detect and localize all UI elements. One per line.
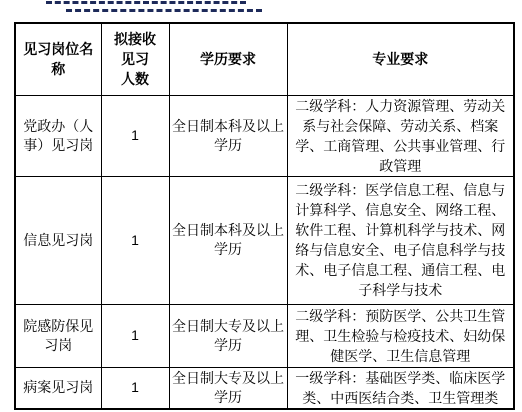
col-header-position: 见习岗位名称 [15, 23, 101, 95]
cell-education: 全日制大专及以上学历 [169, 367, 287, 409]
cell-count: 1 [101, 304, 169, 367]
cell-count: 1 [101, 176, 169, 304]
col-header-education: 学历要求 [169, 23, 287, 95]
cell-count: 1 [101, 367, 169, 409]
cell-education: 全日制本科及以上学历 [169, 95, 287, 176]
cell-count: 1 [101, 95, 169, 176]
clipped-title-fragments [0, 0, 522, 14]
table-row: 党政办（人事）见习岗 1 全日制本科及以上学历 二级学科：人力资源管理、劳动关系… [15, 95, 514, 176]
cell-major: 一级学科：基础医学类、临床医学类、中西医结合类、卫生管理类 [287, 367, 514, 409]
table-row: 信息见习岗 1 全日制本科及以上学历 二级学科：医学信息工程、信息与计算科学、信… [15, 176, 514, 304]
table-row: 病案见习岗 1 全日制大专及以上学历 一级学科：基础医学类、临床医学类、中西医结… [15, 367, 514, 409]
col-header-count: 拟接收 见习 人数 [101, 23, 169, 95]
page: 见习岗位名称 拟接收 见习 人数 学历要求 专业要求 党政办（人事）见习岗 1 … [0, 0, 522, 412]
cell-position: 党政办（人事）见习岗 [15, 95, 101, 176]
cell-major: 二级学科：预防医学、公共卫生管理、卫生检验与检疫技术、妇幼保健医学、卫生信息管理 [287, 304, 514, 367]
cell-major: 二级学科：人力资源管理、劳动关系与社会保障、劳动关系、档案学、工商管理、公共事业… [287, 95, 514, 176]
header-row: 见习岗位名称 拟接收 见习 人数 学历要求 专业要求 [15, 23, 514, 95]
position-table: 见习岗位名称 拟接收 见习 人数 学历要求 专业要求 党政办（人事）见习岗 1 … [14, 22, 515, 410]
cell-position: 病案见习岗 [15, 367, 101, 409]
cell-major: 二级学科：医学信息工程、信息与计算科学、信息安全、网络工程、软件工程、计算机科学… [287, 176, 514, 304]
cell-position: 信息见习岗 [15, 176, 101, 304]
col-header-major: 专业要求 [287, 23, 514, 95]
clipped-text-fragment [46, 1, 246, 4]
cell-education: 全日制大专及以上学历 [169, 304, 287, 367]
clipped-text-fragment [66, 9, 262, 12]
cell-position: 院感防保见习岗 [15, 304, 101, 367]
table-row: 院感防保见习岗 1 全日制大专及以上学历 二级学科：预防医学、公共卫生管理、卫生… [15, 304, 514, 367]
cell-education: 全日制本科及以上学历 [169, 176, 287, 304]
